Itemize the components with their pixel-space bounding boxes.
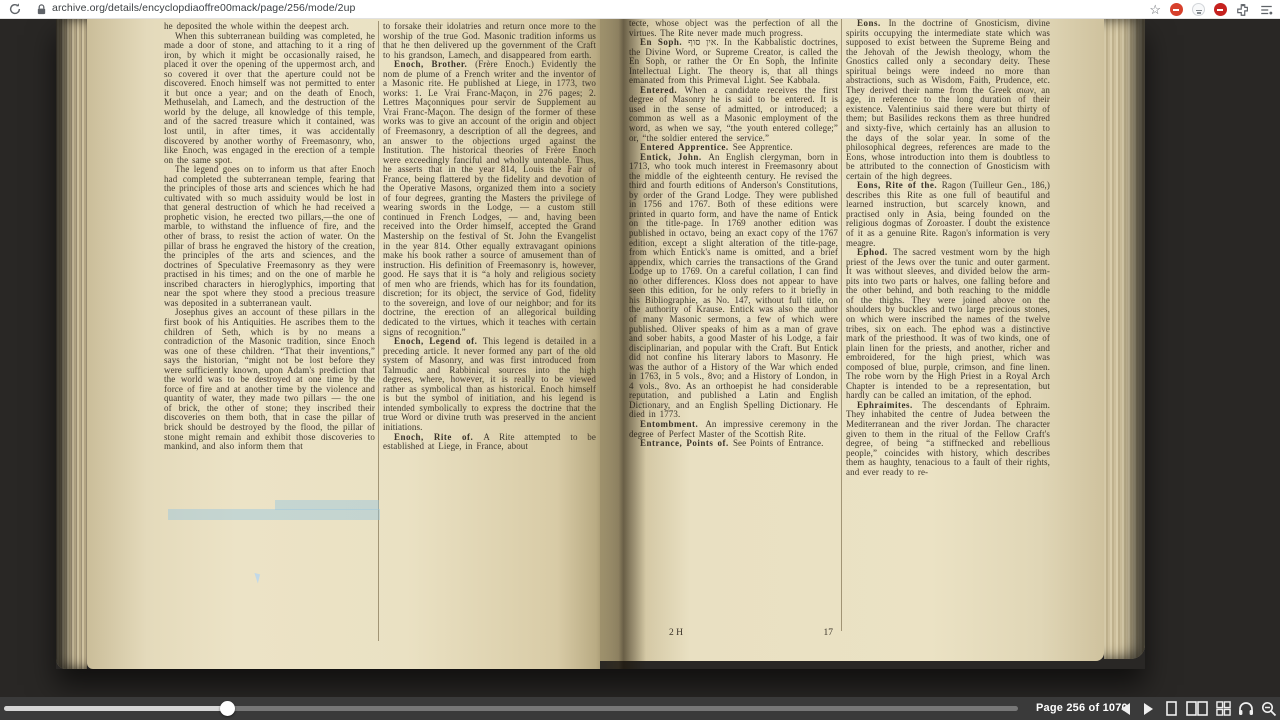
extension-badge-icon[interactable] bbox=[1192, 3, 1205, 16]
entry-heading: Entered. bbox=[640, 85, 685, 95]
page-footer: 2 H 17 bbox=[629, 628, 839, 638]
entry-heading: Ephraimites. bbox=[857, 400, 922, 410]
thumbnail-view-icon[interactable] bbox=[1215, 700, 1231, 717]
entry-heading: Eons. bbox=[857, 19, 889, 28]
book-spread: he deposited the whole within the deepes… bbox=[56, 19, 1145, 669]
entry-heading: Entombment. bbox=[640, 419, 705, 429]
book-paragraph: Entombment. An impressive ceremony in th… bbox=[629, 420, 838, 439]
bookreader-viewport[interactable]: he deposited the whole within the deepes… bbox=[0, 19, 1280, 697]
book-paragraph: Eons, Rite of the. Ragon (Tuilleur Gen.,… bbox=[846, 181, 1050, 248]
book-paragraph: Entrance, Points of. See Points of Entra… bbox=[629, 439, 838, 449]
book-paragraph: The legend goes on to inform us that aft… bbox=[164, 165, 375, 308]
right-page-column-1: tecte, whose object was the perfection o… bbox=[629, 19, 838, 625]
page-stack-left-edge bbox=[56, 19, 87, 669]
book-paragraph: Enoch, Brother. (Frère Enoch.) Evidently… bbox=[383, 60, 596, 337]
next-page-icon[interactable] bbox=[1140, 700, 1156, 717]
column-rule bbox=[841, 19, 842, 631]
page-slider-fill bbox=[4, 706, 227, 711]
column-rule bbox=[378, 21, 379, 641]
bookreader-toolbar: Page 256 of 1070 bbox=[0, 697, 1280, 720]
book-paragraph: Eons. In the doctrine of Gnosticism, div… bbox=[846, 19, 1050, 181]
extension-red-icon[interactable] bbox=[1170, 3, 1183, 16]
page-status: Page 256 of 1070 bbox=[1036, 702, 1128, 714]
left-page-column-1: he deposited the whole within the deepes… bbox=[164, 22, 375, 640]
extensions-puzzle-icon[interactable] bbox=[1236, 3, 1250, 17]
reload-icon[interactable] bbox=[8, 2, 22, 16]
read-aloud-icon[interactable] bbox=[1238, 700, 1254, 717]
book-paragraph: When this subterranean building was comp… bbox=[164, 32, 375, 166]
url-text[interactable]: archive.org/details/encyclopdiaoffre00ma… bbox=[52, 2, 356, 14]
book-page-right[interactable]: tecte, whose object was the perfection o… bbox=[600, 19, 1104, 661]
book-paragraph: En Soph. אין סוף. In the Kabbalistic doc… bbox=[629, 38, 838, 86]
zoom-out-icon[interactable] bbox=[1261, 700, 1277, 717]
entry-heading: Entick, John. bbox=[640, 152, 708, 162]
book-paragraph: Ephod. The sacred vestment worn by the h… bbox=[846, 248, 1050, 401]
previous-page-icon[interactable] bbox=[1117, 700, 1133, 717]
browser-toolbar-icons: ☆ bbox=[1149, 1, 1274, 18]
lock-icon bbox=[36, 3, 47, 16]
browser-address-bar: archive.org/details/encyclopdiaoffre00ma… bbox=[0, 0, 1280, 19]
book-paragraph: tecte, whose object was the perfection o… bbox=[629, 19, 838, 38]
book-paragraph: Enoch, Legend of. This legend is detaile… bbox=[383, 337, 596, 432]
entry-heading: Entrance, Points of. bbox=[640, 438, 733, 448]
page-slider-handle[interactable] bbox=[220, 701, 235, 716]
book-page-left[interactable]: he deposited the whole within the deepes… bbox=[87, 19, 600, 669]
bookmark-star-icon[interactable]: ☆ bbox=[1149, 3, 1161, 16]
book-paragraph: Entered. When a candidate receives the f… bbox=[629, 86, 838, 143]
entry-heading: Entered Apprentice. bbox=[640, 142, 733, 152]
book-paragraph: Josephus gives an account of these pilla… bbox=[164, 308, 375, 451]
one-page-view-icon[interactable] bbox=[1163, 700, 1179, 717]
entry-heading: Eons, Rite of the. bbox=[857, 180, 942, 190]
page-stack-right-edge bbox=[1104, 19, 1145, 659]
book-paragraph: to forsake their idolatries and return o… bbox=[383, 22, 596, 60]
page-slider[interactable] bbox=[4, 706, 1018, 711]
folio-number: 17 bbox=[824, 628, 834, 638]
reader-controls bbox=[1117, 697, 1279, 720]
entry-heading: Enoch, Brother. bbox=[394, 59, 475, 69]
extension-red2-icon[interactable] bbox=[1214, 3, 1227, 16]
book-paragraph: Enoch, Rite of. A Rite attempted to be e… bbox=[383, 433, 596, 452]
printer-signature: 2 H bbox=[669, 628, 683, 638]
entry-heading: Ephod. bbox=[857, 247, 893, 257]
left-page-column-2: to forsake their idolatries and return o… bbox=[383, 22, 596, 640]
two-page-view-icon[interactable] bbox=[1186, 700, 1208, 717]
entry-heading: En Soph. bbox=[640, 37, 688, 47]
menu-lines-icon[interactable] bbox=[1259, 3, 1274, 17]
book-paragraph: Entick, John. An English clergyman, born… bbox=[629, 153, 838, 420]
entry-heading: Enoch, Legend of. bbox=[394, 336, 483, 346]
right-page-column-2: Eons. In the doctrine of Gnosticism, div… bbox=[846, 19, 1050, 625]
entry-heading: Enoch, Rite of. bbox=[394, 432, 483, 442]
book-paragraph: Ephraimites. The descendants of Ephraim.… bbox=[846, 401, 1050, 477]
